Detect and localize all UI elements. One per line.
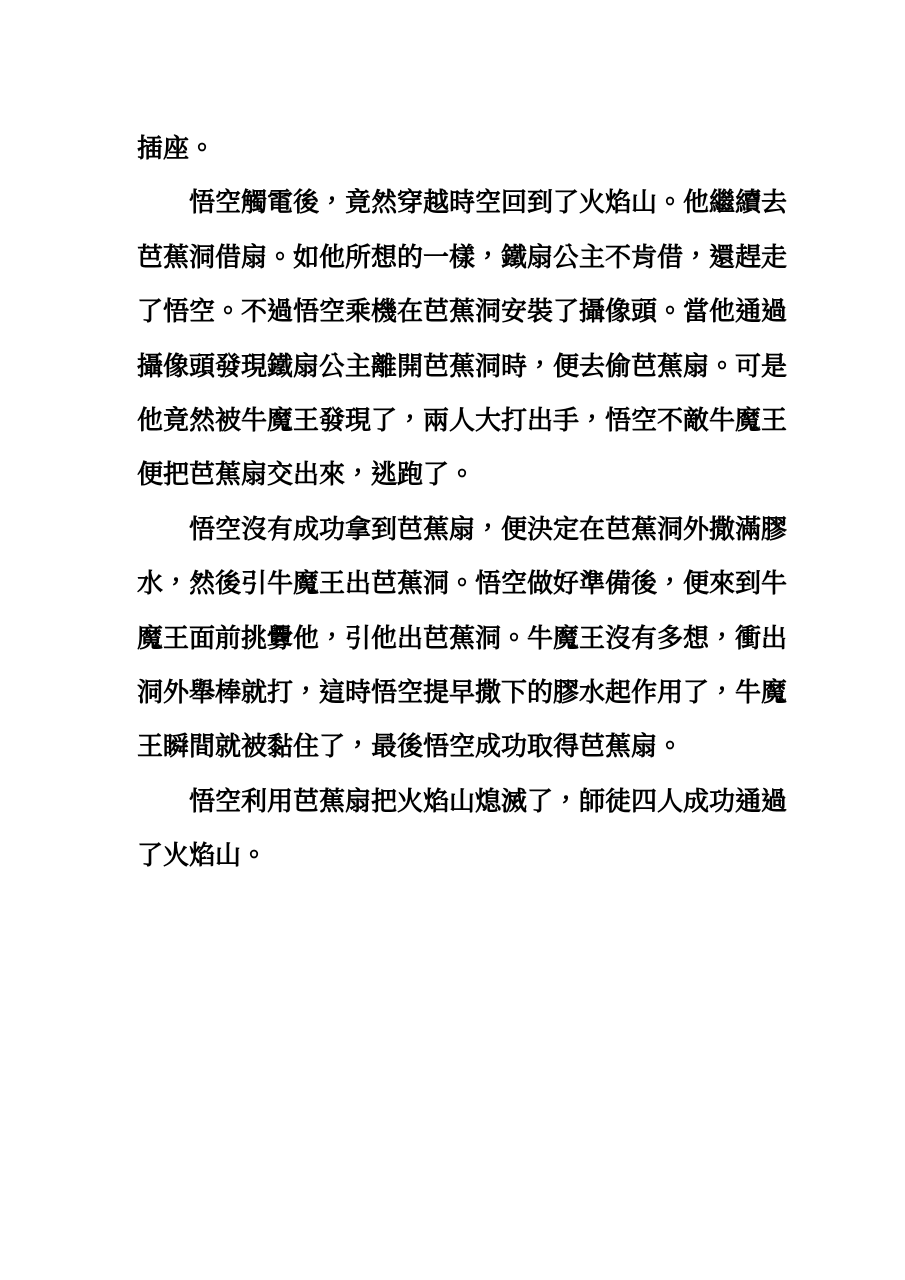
text-line: 便把芭蕉扇交出來，逃跑了。	[137, 448, 767, 502]
text-line: 洞外舉棒就打，這時悟空提早撒下的膠水起作用了，牛魔	[137, 666, 767, 720]
text-line: 悟空利用芭蕉扇把火焰山熄滅了，師徒四人成功通過	[137, 775, 767, 829]
text-line: 攝像頭發現鐵扇公主離開芭蕉洞時，便去偷芭蕉扇。可是	[137, 340, 767, 394]
text-line: 芭蕉洞借扇。如他所想的一樣，鐵扇公主不肯借，還趕走	[137, 231, 767, 285]
text-line: 悟空沒有成功拿到芭蕉扇，便決定在芭蕉洞外撒滿膠	[137, 503, 767, 557]
text-line: 悟空觸電後，竟然穿越時空回到了火焰山。他繼續去	[137, 176, 767, 230]
text-line: 魔王面前挑釁他，引他出芭蕉洞。牛魔王沒有多想，衝出	[137, 612, 767, 666]
text-line: 他竟然被牛魔王發現了，兩人大打出手，悟空不敵牛魔王	[137, 394, 767, 448]
text-line: 王瞬間就被黏住了，最後悟空成功取得芭蕉扇。	[137, 720, 767, 774]
text-line: 水，然後引牛魔王出芭蕉洞。悟空做好準備後，便來到牛	[137, 557, 767, 611]
text-line: 了火焰山。	[137, 829, 767, 883]
document-page: 插座。 悟空觸電後，竟然穿越時空回到了火焰山。他繼續去 芭蕉洞借扇。如他所想的一…	[0, 0, 905, 1280]
document-text-block: 插座。 悟空觸電後，竟然穿越時空回到了火焰山。他繼續去 芭蕉洞借扇。如他所想的一…	[137, 122, 767, 883]
text-line: 了悟空。不過悟空乘機在芭蕉洞安裝了攝像頭。當他通過	[137, 285, 767, 339]
text-line: 插座。	[137, 122, 767, 176]
